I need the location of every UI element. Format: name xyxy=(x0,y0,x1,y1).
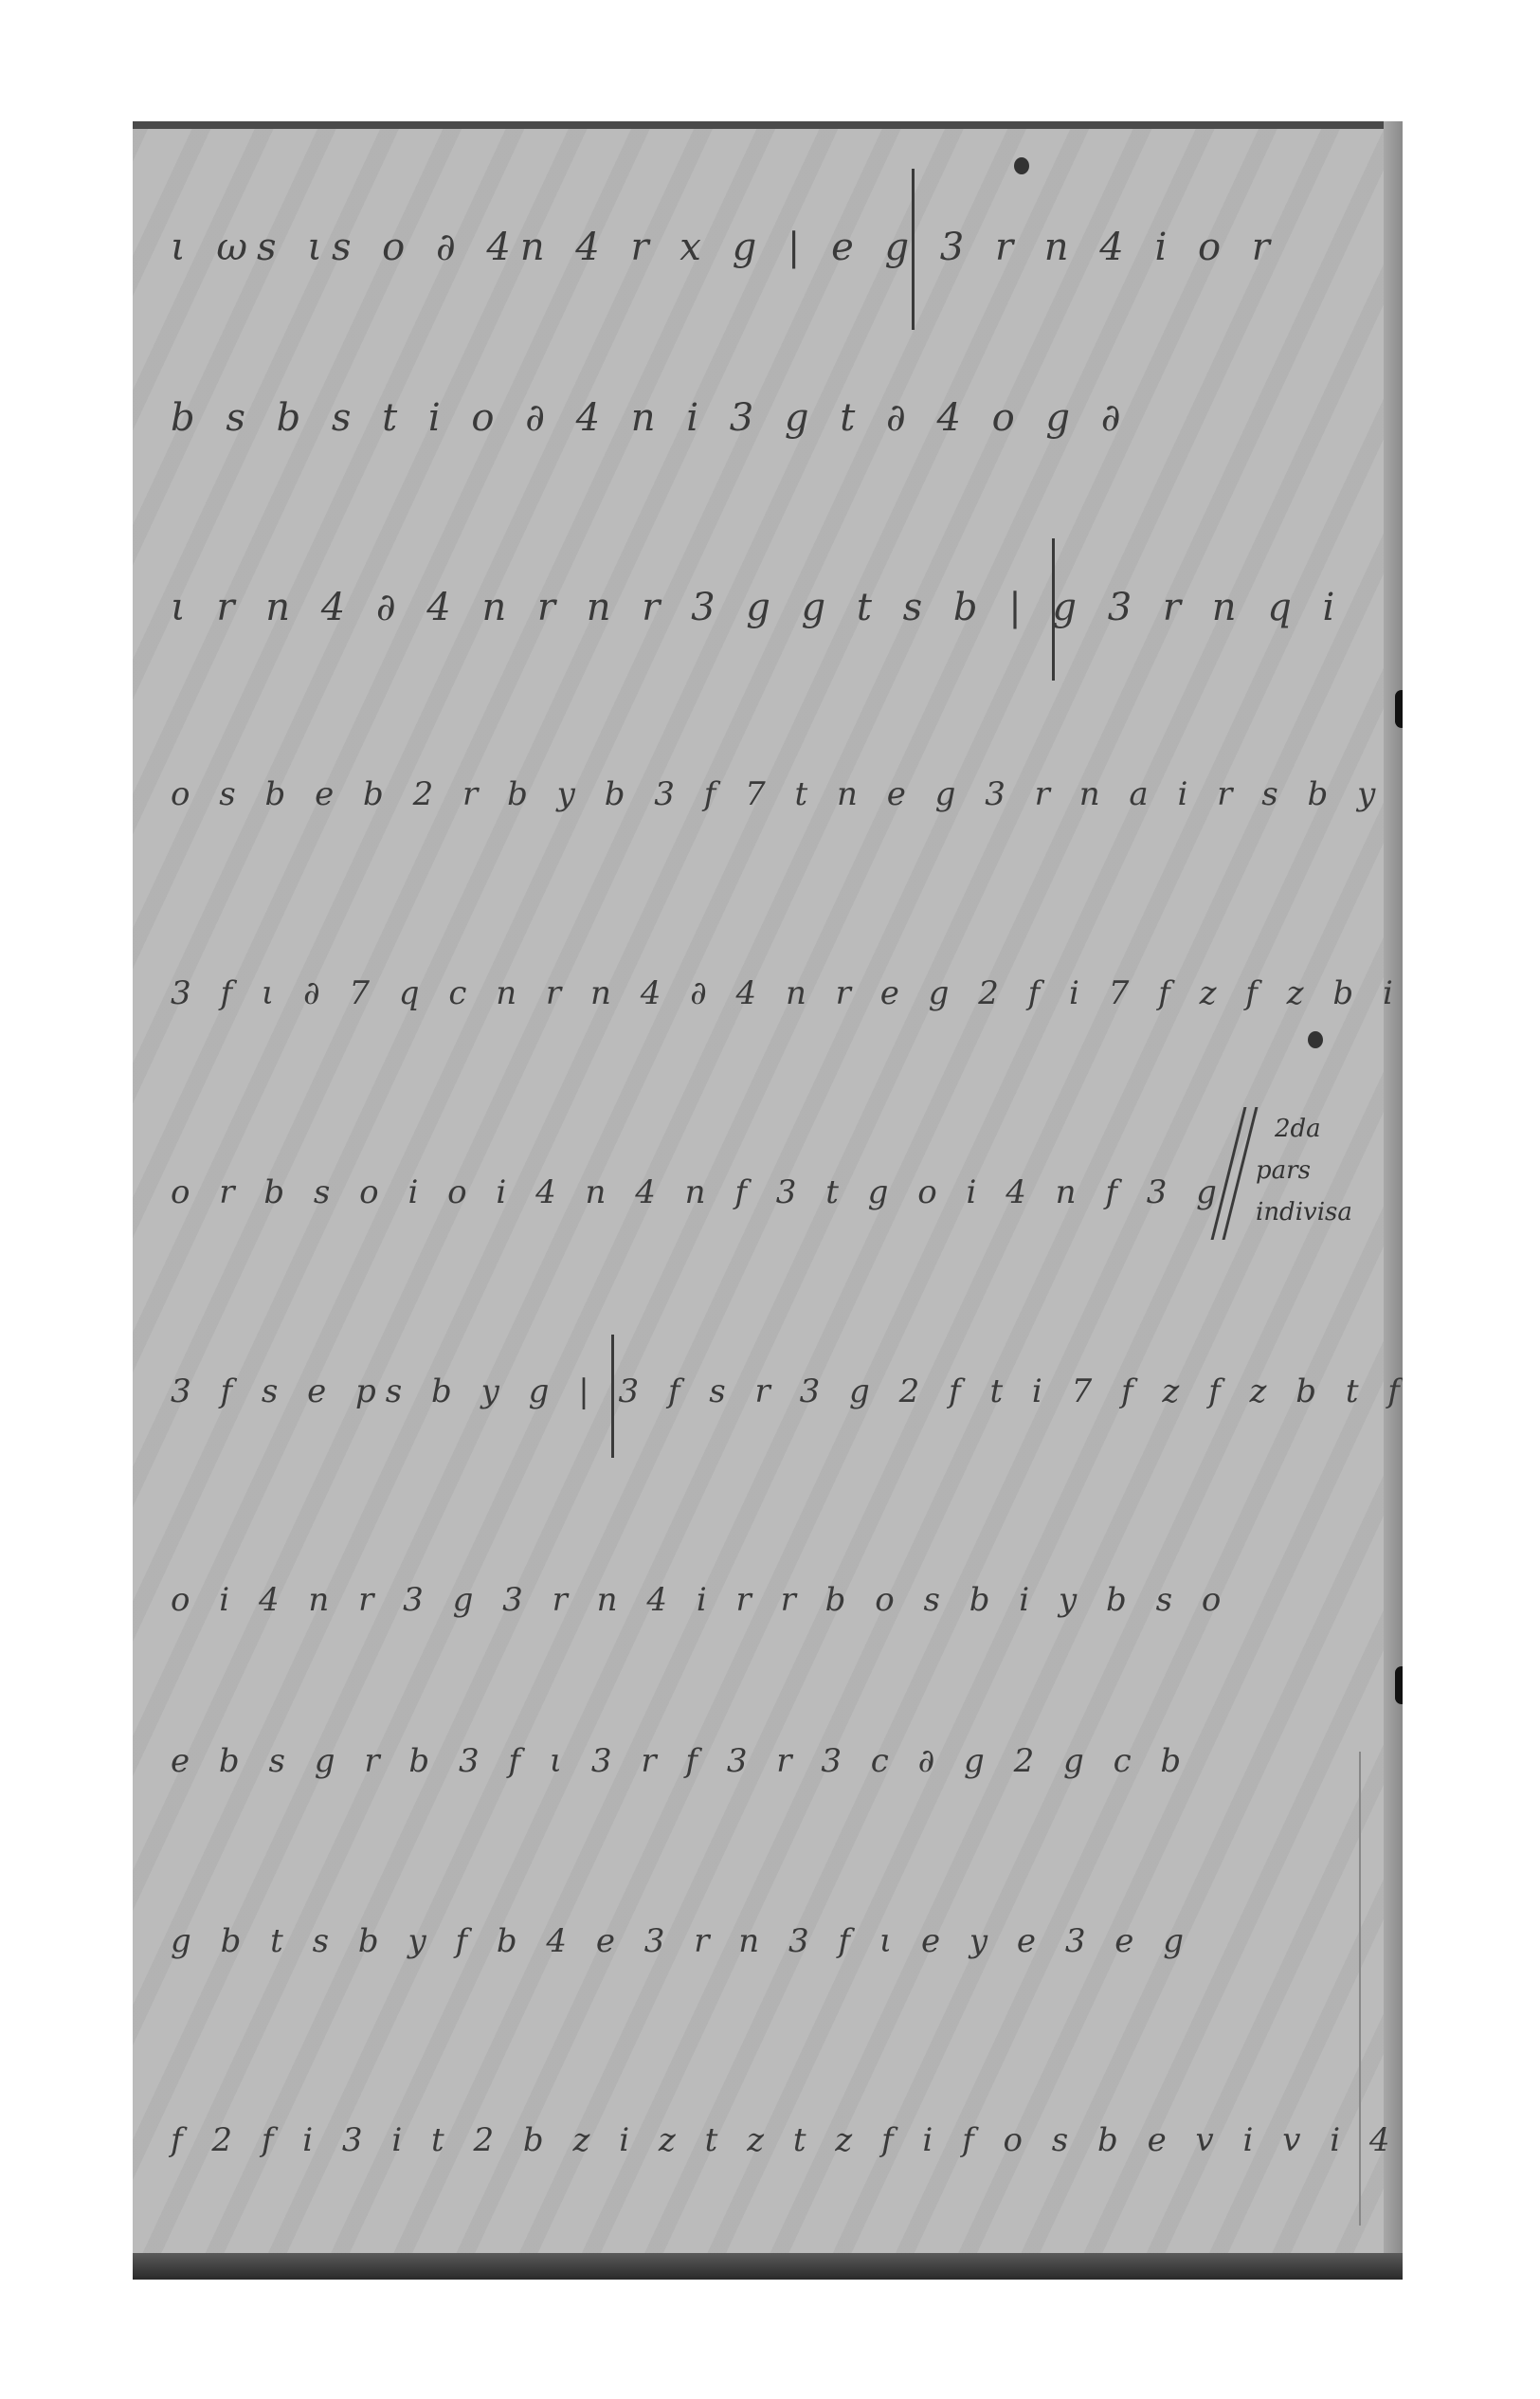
tablature-line-3: ι r n 4 ∂ 4 n r n r 3 g g t s b | g 3 r … xyxy=(171,586,1344,629)
tablature-line-7: 3 f s e ps b y g | 3 f s r 3 g 2 f t i 7… xyxy=(171,1372,1403,1410)
ink-blot xyxy=(1014,157,1029,174)
manuscript-page: ι ωs ιs o ∂ 4n 4 r x g | e g 3 r n 4 i o… xyxy=(133,121,1403,2280)
tablature-line-4: o s b e b 2 r b y b 3 f 7 t n e g 3 r n … xyxy=(171,775,1403,813)
page-right-edge xyxy=(1384,121,1403,2280)
page-top-edge xyxy=(133,121,1403,129)
tablature-line-8: o i 4 n r 3 g 3 r n 4 i r r b o s b i y … xyxy=(171,1581,1230,1619)
tablature-line-9: e b s g r b 3 f ι 3 r f 3 r 3 c ∂ g 2 g … xyxy=(171,1742,1190,1780)
ink-blot xyxy=(1308,1031,1323,1048)
bar-line xyxy=(611,1335,614,1458)
annotation-line-2: pars xyxy=(1256,1156,1311,1185)
annotation-line-1: 2da xyxy=(1275,1115,1321,1143)
right-margin-notes xyxy=(1359,1752,1380,2226)
page-bottom-edge xyxy=(133,2253,1403,2280)
tablature-line-1: ι ωs ιs o ∂ 4n 4 r x g | e g 3 r n 4 i o… xyxy=(171,226,1279,269)
binding-hole xyxy=(1395,1666,1403,1704)
tablature-line-11: f 2 f i 3 i t 2 b z i z t z t z f i f o … xyxy=(171,2121,1403,2159)
tablature-line-6: o r b s o i o i 4 n 4 n f 3 t g o i 4 n … xyxy=(171,1173,1226,1211)
bar-line xyxy=(912,169,915,330)
binding-hole xyxy=(1395,690,1403,728)
tablature-line-10: g b t s b y f b 4 e 3 r n 3 f ι e y e 3 … xyxy=(171,1922,1193,1960)
tablature-line-5: 3 f ι ∂ 7 q c n r n 4 ∂ 4 n r e g 2 f i … xyxy=(171,974,1403,1012)
bar-line xyxy=(1052,538,1055,681)
annotation-line-3: indivisa xyxy=(1256,1198,1352,1227)
tablature-line-2: b s b s t i o ∂ 4 n i 3 g t ∂ 4 o g ∂ xyxy=(171,396,1130,440)
